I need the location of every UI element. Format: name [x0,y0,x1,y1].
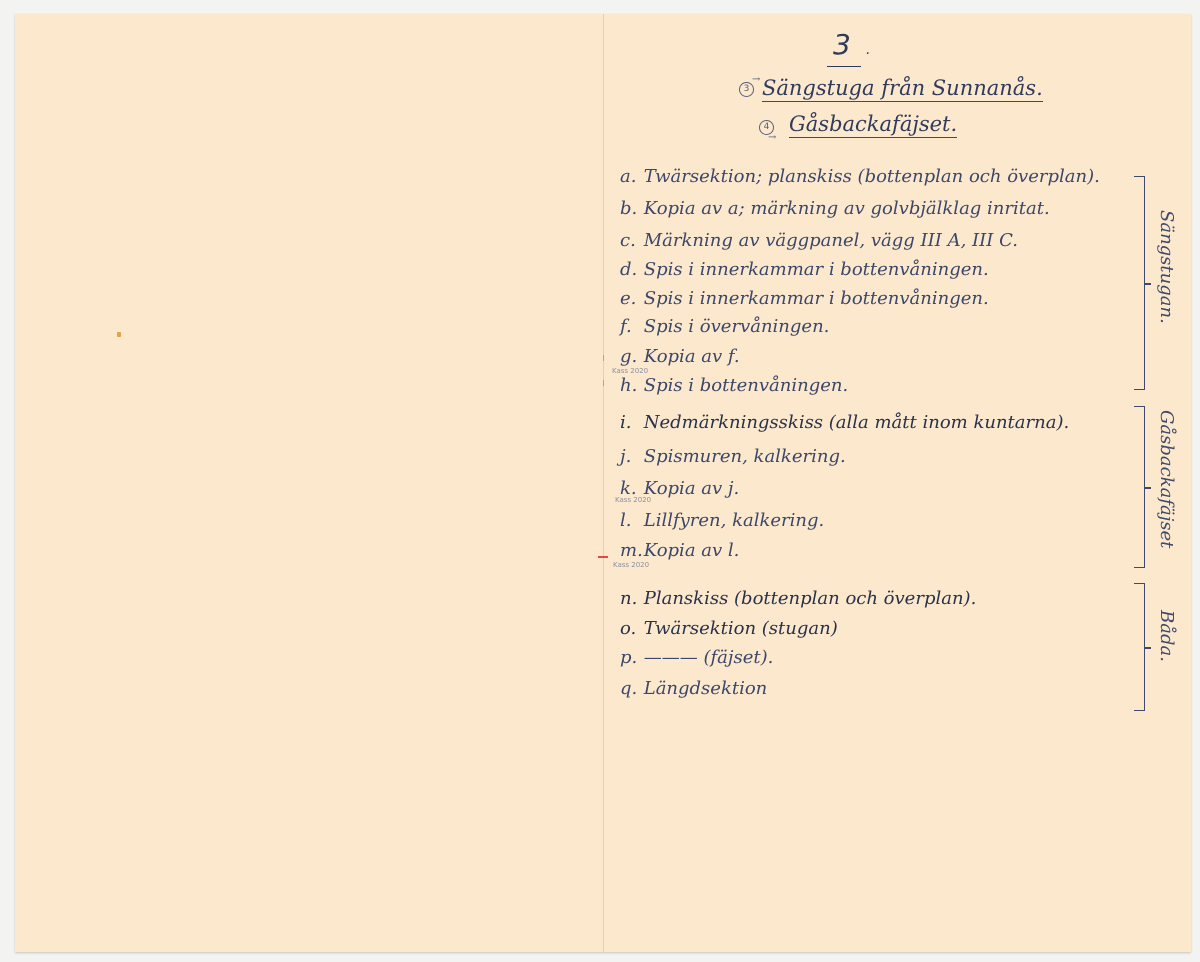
archive-stamp: Kass 2020 [613,561,649,569]
group-label-gasbackafajset: Gåsbackafäjset [1156,410,1177,548]
title-sangstuga: Sängstuga från Sunnanås. [762,76,1043,102]
red-margin-tick [603,355,604,361]
page-number-text: 3 [833,28,851,61]
list-item-a: a. Twärsektion; planskiss (bottenplan oc… [620,166,1100,187]
list-item-g: g. Kopia av f. [620,346,740,367]
list-item-p: p. ——— (fäjset). [620,647,773,668]
list-item-n: n. Planskiss (bottenplan och överplan). [620,588,976,609]
paper-fleck [117,332,121,337]
center-fold [603,14,604,952]
group-label-sangstugan: Sängstugan. [1156,210,1177,324]
bracket-bada [1134,583,1145,711]
group-label-bada: Båda. [1156,610,1177,662]
title-gasbackafajset: Gåsbackafäjset. [789,112,957,138]
list-item-e: e. Spis i innerkammar i bottenvåningen. [620,288,989,309]
page-number-underline [827,66,861,67]
list-item-b: b. Kopia av a; märkning av golvbjälklag … [620,198,1050,219]
page-number-dot: . [866,42,870,58]
list-item-m: m. Kopia av l. [620,540,739,561]
bracket-sangstugan [1134,176,1145,390]
list-item-d: d. Spis i innerkammar i bottenvåningen. [620,259,989,280]
list-item-q: q. Längdsektion [620,678,767,699]
list-item-o: o. Twärsektion (stugan) [620,618,838,639]
list-item-f: f. Spis i övervåningen. [620,316,829,337]
archive-stamp: Kass 2020 [615,496,651,504]
list-item-j: j. Spismuren, kalkering. [620,446,846,467]
arrow-icon: → [768,132,776,143]
list-item-h: h. Spis i bottenvåningen. [620,375,848,396]
page-number: 3 . [833,28,851,61]
archive-stamp: Kass 2020 [612,367,648,375]
red-margin-tick [603,380,604,386]
list-item-i: i. Nedmärkningsskiss (alla mått inom kun… [620,412,1069,433]
bracket-gasbackafajset [1134,406,1145,568]
list-item-l: l. Lillfyren, kalkering. [620,510,824,531]
red-margin-mark [598,556,608,558]
arrow-icon: → [752,74,760,85]
list-item-c: c. Märkning av väggpanel, vägg III A, II… [620,230,1018,251]
paper-sheet [15,14,1191,952]
